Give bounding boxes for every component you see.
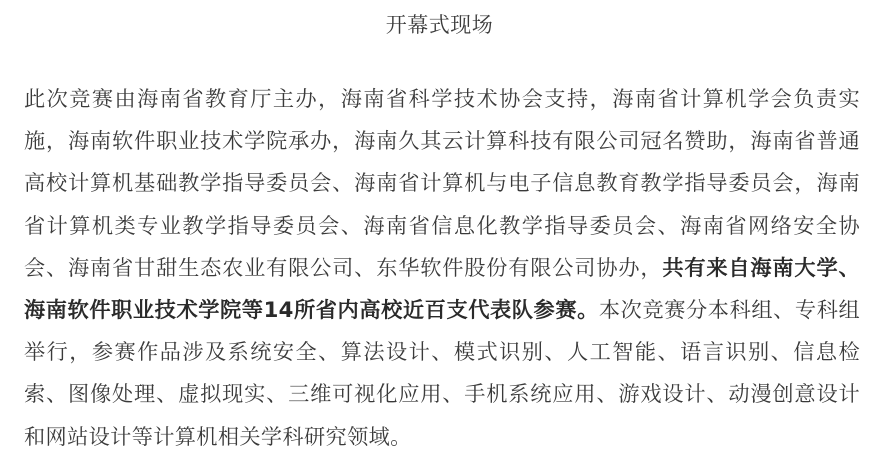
article-paragraph: 此次竞赛由海南省教育厅主办，海南省科学技术协会支持，海南省计算机学会负责实施，海… xyxy=(24,78,860,458)
image-caption: 开幕式现场 xyxy=(0,8,879,42)
paragraph-text-organizers: 此次竞赛由海南省教育厅主办，海南省科学技术协会支持，海南省计算机学会负责实施，海… xyxy=(24,86,860,280)
